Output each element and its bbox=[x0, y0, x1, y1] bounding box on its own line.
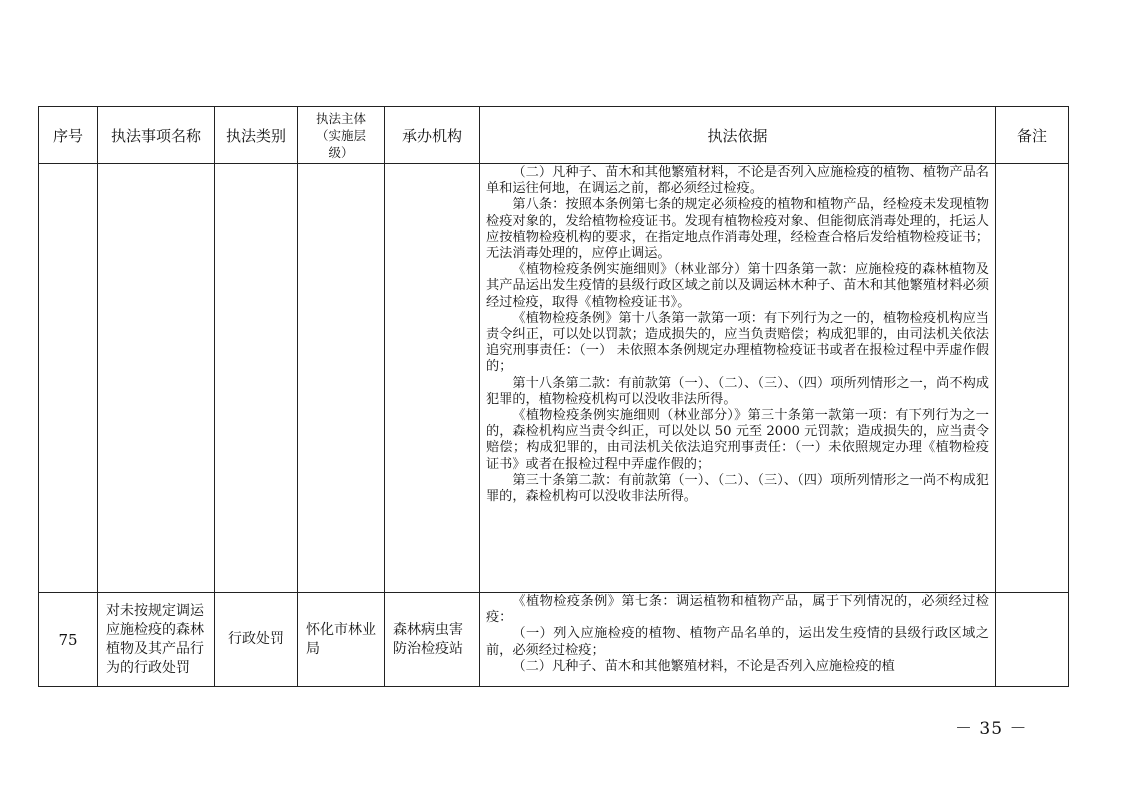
header-subject-line: 执法主体 bbox=[298, 110, 384, 127]
header-agency: 承办机构 bbox=[385, 107, 480, 164]
cell-item-name bbox=[98, 164, 215, 593]
cell-remark bbox=[996, 593, 1069, 687]
table-row: 75 对未按规定调运应施检疫的森林植物及其产品行为的行政处罚 行政处罚 怀化市林… bbox=[39, 593, 1069, 687]
basis-paragraph: （二）凡种子、苗木和其他繁殖材料，不论是否列入应施检疫的植 bbox=[486, 659, 989, 675]
basis-paragraph: 第八条：按照本条例第七条的规定必须检疫的植物和植物产品，经检疫未发现植物检疫对象… bbox=[486, 197, 989, 262]
basis-paragraph: 《植物检疫条例》第七条：调运植物和植物产品，属于下列情况的，必须经过检疫： bbox=[486, 594, 989, 626]
basis-paragraph: 第十八条第二款：有前款第（一）、（二）、（三）、（四）项所列情形之一，尚不构成犯… bbox=[486, 376, 989, 408]
cell-seq bbox=[39, 164, 98, 593]
basis-paragraph: 《植物检疫条例》第十八条第一款第一项：有下列行为之一的，植物检疫机构应当责令纠正… bbox=[486, 311, 989, 376]
cell-seq: 75 bbox=[39, 593, 98, 687]
table-header-row: 序号 执法事项名称 执法类别 执法主体 （实施层 级） 承办机构 执法依据 备注 bbox=[39, 107, 1069, 164]
cell-subject bbox=[298, 164, 385, 593]
cell-agency bbox=[385, 164, 480, 593]
cell-subject: 怀化市林业局 bbox=[298, 593, 385, 687]
cell-basis: 《植物检疫条例》第七条：调运植物和植物产品，属于下列情况的，必须经过检疫： （一… bbox=[480, 593, 996, 687]
enforcement-items-table: 序号 执法事项名称 执法类别 执法主体 （实施层 级） 承办机构 执法依据 备注… bbox=[38, 106, 1069, 687]
cell-remark bbox=[996, 164, 1069, 593]
cell-item-name: 对未按规定调运应施检疫的森林植物及其产品行为的行政处罚 bbox=[98, 593, 215, 687]
page-number: － 35 － bbox=[955, 714, 1027, 739]
header-seq: 序号 bbox=[39, 107, 98, 164]
header-category: 执法类别 bbox=[215, 107, 298, 164]
cell-basis: （二）凡种子、苗木和其他繁殖材料，不论是否列入应施检疫的植物、植物产品名单和运往… bbox=[480, 164, 996, 593]
header-item-name: 执法事项名称 bbox=[98, 107, 215, 164]
table-row: （二）凡种子、苗木和其他繁殖材料，不论是否列入应施检疫的植物、植物产品名单和运往… bbox=[39, 164, 1069, 593]
header-basis: 执法依据 bbox=[480, 107, 996, 164]
basis-paragraph: 《植物检疫条例实施细则（林业部分）》第三十条第一款第一项：有下列行为之一的，森检… bbox=[486, 408, 989, 473]
basis-paragraph: （二）凡种子、苗木和其他繁殖材料，不论是否列入应施检疫的植物、植物产品名单和运往… bbox=[486, 165, 989, 197]
header-subject: 执法主体 （实施层 级） bbox=[298, 107, 385, 164]
basis-paragraph: 《植物检疫条例实施细则》（林业部分）第十四条第一款：应施检疫的森林植物及其产品运… bbox=[486, 262, 989, 311]
header-subject-line: 级） bbox=[298, 144, 384, 161]
cell-agency: 森林病虫害防治检疫站 bbox=[385, 593, 480, 687]
basis-paragraph: （一）列入应施检疫的植物、植物产品名单的，运出发生疫情的县级行政区域之前，必须经… bbox=[486, 626, 989, 658]
cell-category: 行政处罚 bbox=[215, 593, 298, 687]
header-subject-line: （实施层 bbox=[298, 127, 384, 144]
header-remark: 备注 bbox=[996, 107, 1069, 164]
basis-paragraph: 第三十条第二款：有前款第（一）、（二）、（三）、（四）项所列情形之一尚不构成犯罪… bbox=[486, 473, 989, 505]
cell-category bbox=[215, 164, 298, 593]
